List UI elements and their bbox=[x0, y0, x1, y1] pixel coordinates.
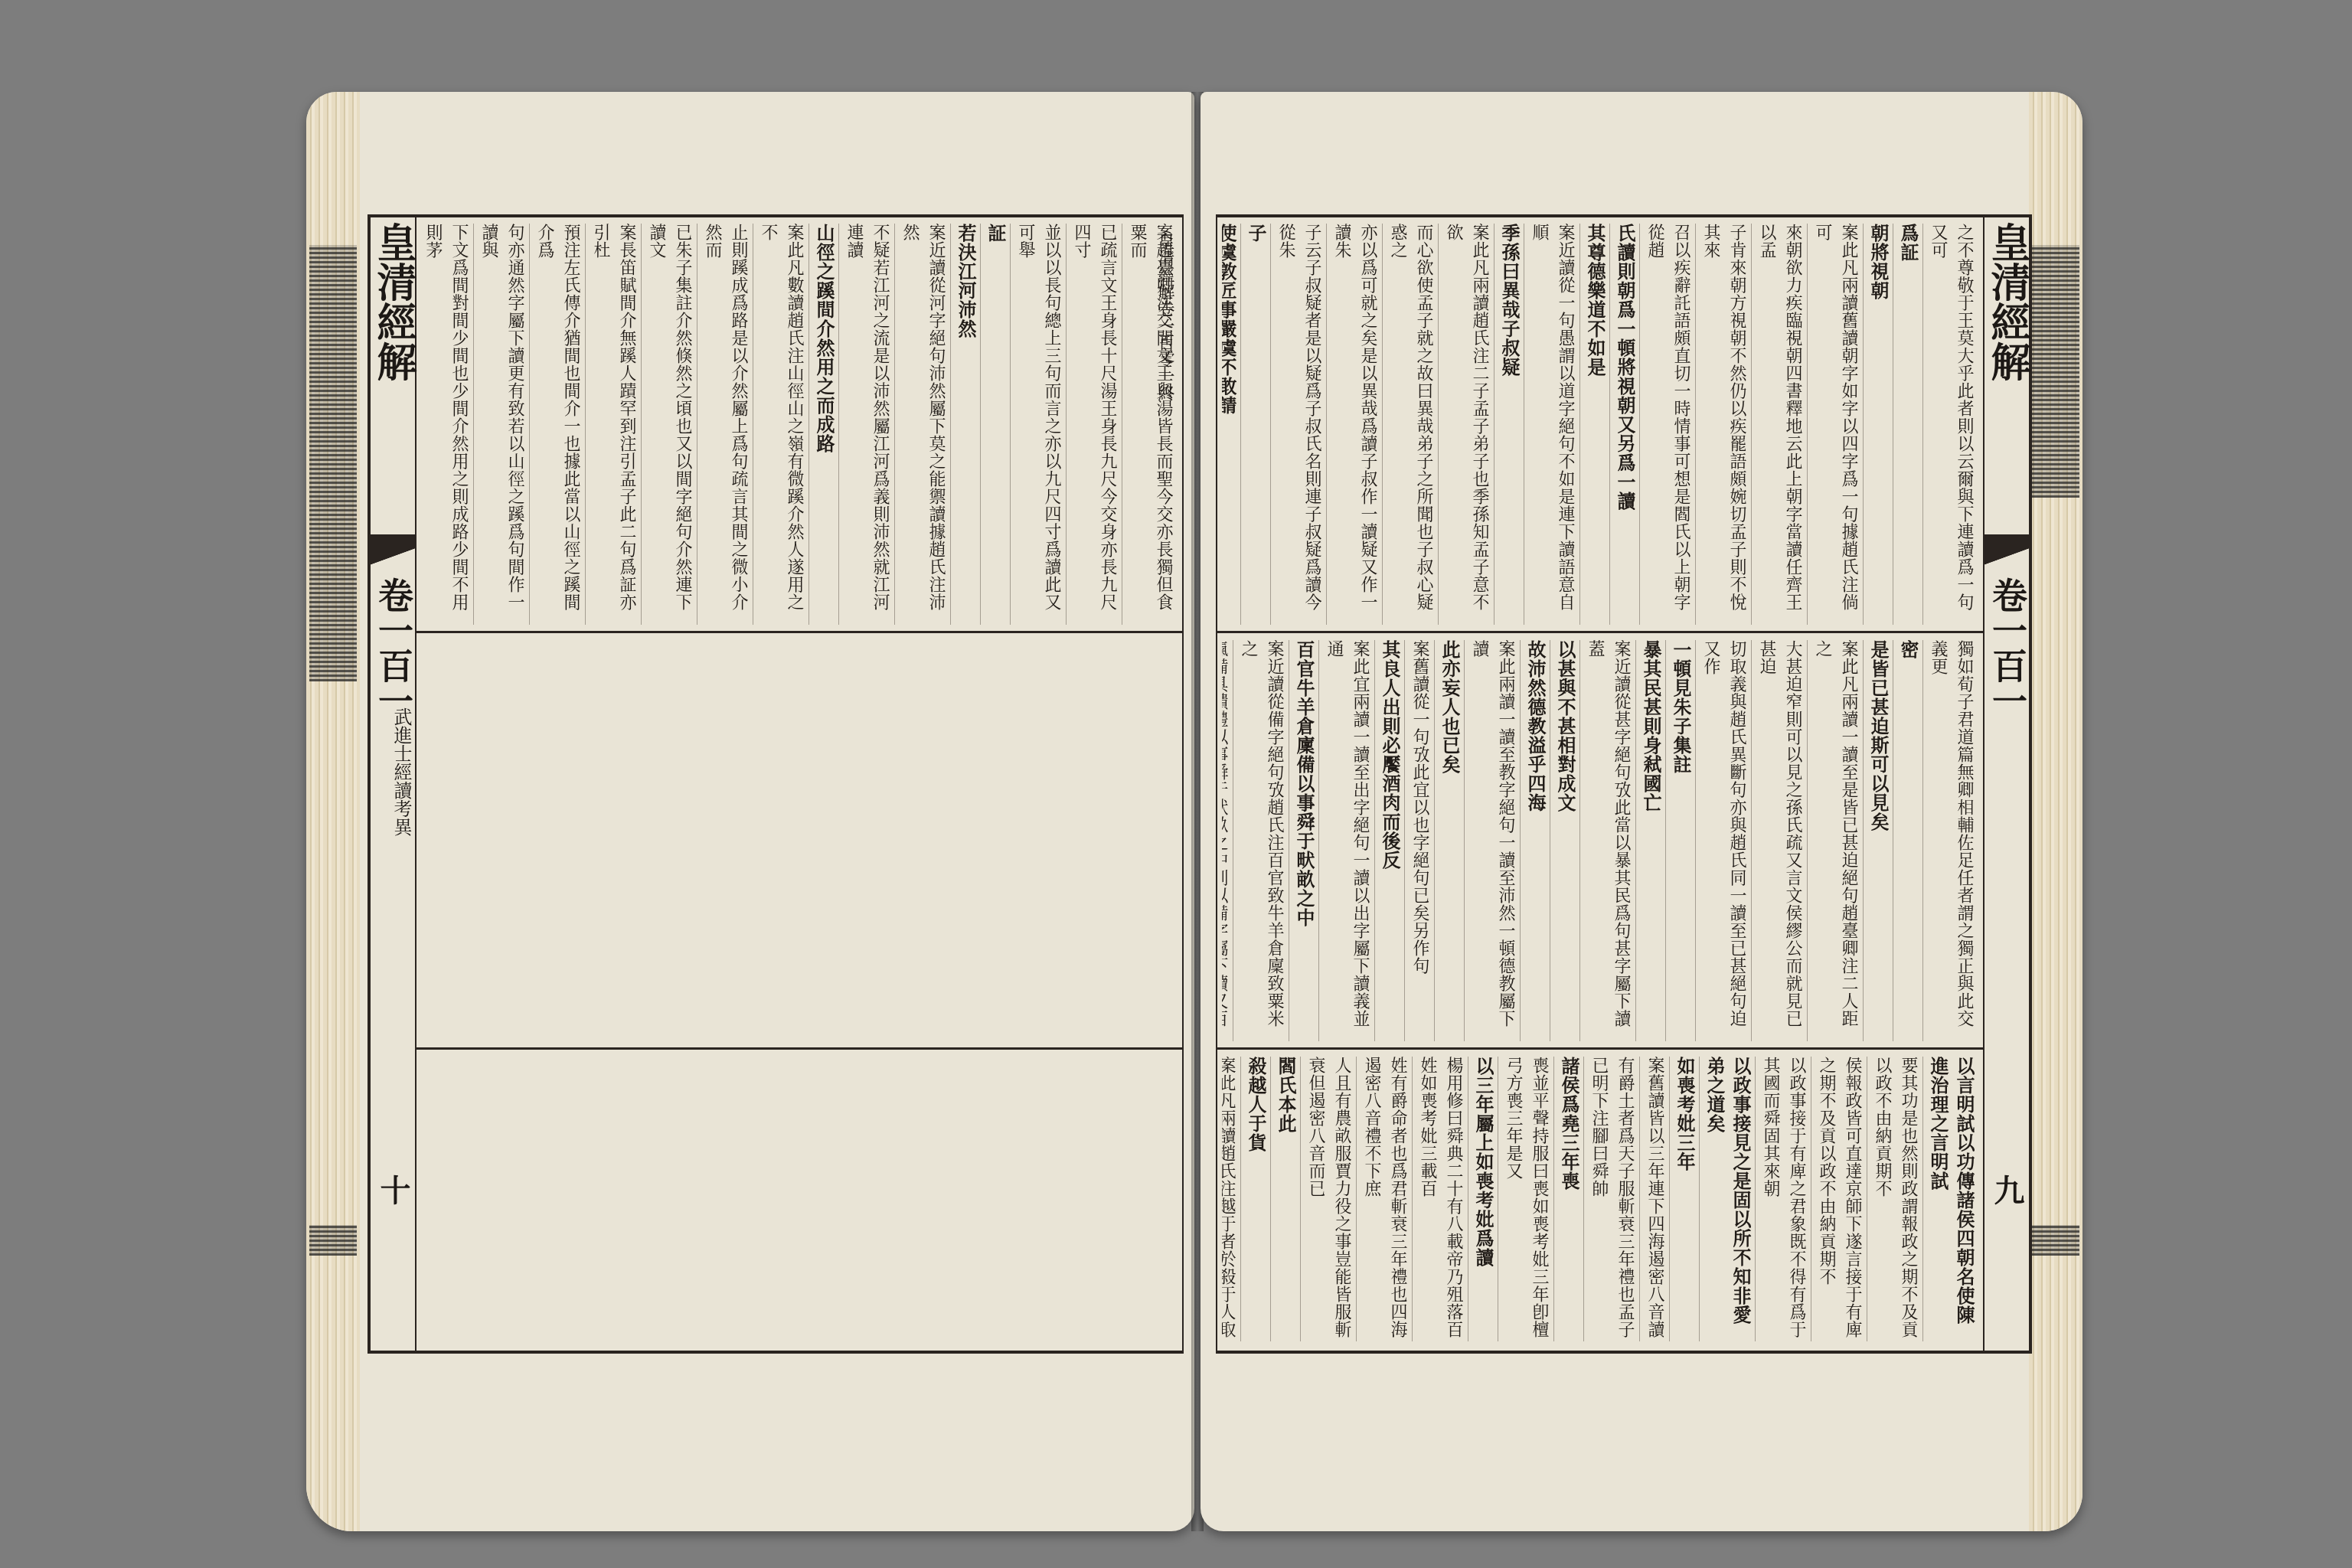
text-column: 姓有爵命者也爲君斬衰三年禮也四海遏密八音禮不下庶 bbox=[1356, 1057, 1412, 1341]
left-top-register: 案趙臺卿注交聞文王與湯皆長而聖今交亦長獨但食粟而已疏言文王身長十尺湯王身長九尺今… bbox=[416, 217, 1182, 633]
open-book: 皇清經解 卷一百一 十 武進士經讀考異 案趙臺卿注交聞文王與湯皆長而聖今交亦長獨… bbox=[306, 92, 2082, 1531]
text-column: 預注左氏傳介猶間也間介一也據此當以山徑之蹊間介爲 bbox=[529, 224, 585, 625]
text-column: 侯報政皆可直達京師下遂言接于有庳之期不及貢以政不由納貢期不 bbox=[1811, 1057, 1867, 1341]
text-column: 若決江河沛然 bbox=[950, 224, 980, 625]
text-column: 餼備具饋禮以事舜于畎畝之中則以備字屬下讀又百官牛 bbox=[1222, 640, 1233, 1041]
text-column: 句亦通然字屬下讀更有致若以山徑之蹊爲句間作一讀與 bbox=[473, 224, 529, 625]
text-column: 案長笛賦間介無蹊人蹟罕到注引孟子此二句爲証亦引杜 bbox=[585, 224, 641, 625]
text-column: 案近讀從備字絕句攷趙氏注百官致牛羊倉廩致粟米之 bbox=[1233, 640, 1289, 1041]
left-bottom-register-blank bbox=[416, 1050, 1182, 1347]
text-column: 並以以長句總上三句而言之亦以九尺四寸爲讀此又可舉 bbox=[1010, 224, 1066, 625]
right-bottom-text-columns: 以言明試以功傳諸侯四朝名使陳進治理之言明試要其功是也然則政謂報政之期不及貢以政不… bbox=[1222, 1057, 1978, 1341]
text-column: 案此兩讀一讀至教字絕句一讀至沛然一頓德教屬下讀 bbox=[1464, 640, 1520, 1041]
text-column: 已疏言文王身長十尺湯王身長九尺今交身亦長九尺四寸 bbox=[1066, 224, 1122, 625]
text-column: 以政事接見之是固以所不知非愛弟之道矣 bbox=[1699, 1057, 1755, 1341]
text-column: 獨如荀子君道篇無卿相輔佐足任者謂之獨正與此交義更 bbox=[1922, 640, 1978, 1041]
text-column: 密 bbox=[1893, 640, 1922, 1041]
text-column: 子肯來朝方視朝不然仍以疾罷語頗婉切孟子則不悅其來 bbox=[1695, 224, 1751, 625]
text-column: 案此凡數讀趙氏注山徑山之嶺有微蹊介然人遂用之不 bbox=[753, 224, 808, 625]
text-column: 以三年屬上如喪考妣爲讀 bbox=[1468, 1057, 1498, 1341]
text-column: 百官牛羊倉廩備以事舜于畎畝之中 bbox=[1289, 640, 1318, 1041]
text-column: 此亦妄人也已矣 bbox=[1434, 640, 1464, 1041]
text-column: 大甚迫窄則可以見之孫氏疏又言文侯繆公而就見已甚迫 bbox=[1751, 640, 1807, 1041]
text-column: 案近讀從一句愚謂以道字絕句不如是連下讀語意自順 bbox=[1524, 224, 1579, 625]
text-column: 案近讀從河字絕句沛然屬下莫之能禦讀據趙氏注沛然 bbox=[894, 224, 950, 625]
banxin-page-number: 十 bbox=[371, 1174, 415, 1205]
text-column: 爲証 bbox=[1893, 224, 1922, 625]
edge-pageno-bleed bbox=[309, 1225, 357, 1256]
text-column: 切取義與趙氏異斷句亦與趙氏同一讀至已甚絕句迫又作 bbox=[1695, 640, 1751, 1041]
right-bottom-register: 以言明試以功傳諸侯四朝名使陳進治理之言明試要其功是也然則政謂報政之期不及貢以政不… bbox=[1217, 1050, 1983, 1347]
left-middle-register-blank bbox=[416, 634, 1182, 1050]
text-column: 要其功是也然則政謂報政之期不及貢以政不由納貢期不 bbox=[1867, 1057, 1922, 1341]
text-column: 案此凡兩讀舊讀朝字如字以四字爲一句據趙氏注倘可 bbox=[1807, 224, 1863, 625]
text-column: 是皆已甚迫斯可以見矣 bbox=[1863, 640, 1893, 1041]
right-top-register: 之不尊敬于王莫大乎此者則以云爾與下連讀爲一句又可爲証朝將視朝案此凡兩讀舊讀朝字如… bbox=[1217, 217, 1983, 633]
text-column: 案此凡兩讀一讀至是皆已甚迫絕句趙臺卿注二人距之 bbox=[1807, 640, 1863, 1041]
text-column: 案舊讀皆以三年連下四海遏密八音讀 bbox=[1639, 1057, 1669, 1341]
text-column: 喪並平聲持服曰喪如喪考妣三年卽檀弓方喪三年是又 bbox=[1498, 1057, 1553, 1341]
banxin-subtitle: 武進士經讀考異 bbox=[374, 707, 412, 836]
text-column: 閻氏本此 bbox=[1270, 1057, 1300, 1341]
text-column: 子云子叔疑者是以疑爲子叔氏名則連子叔疑爲讀今從朱 bbox=[1270, 224, 1326, 625]
left-page: 皇清經解 卷一百一 十 武進士經讀考異 案趙臺卿注交聞文王與湯皆長而聖今交亦長獨… bbox=[306, 92, 1194, 1531]
text-column: 殺越人于貨 bbox=[1240, 1057, 1270, 1341]
text-column: 其尊德樂道不如是 bbox=[1579, 224, 1609, 625]
text-column: 暴其民甚則身弒國亡 bbox=[1635, 640, 1665, 1041]
text-column: 人且有農畝服賈力役之事豈能皆服斬衰但遏密八音而已 bbox=[1300, 1057, 1356, 1341]
text-column: 止則蹊成爲路是以介然屬上爲句疏言其間之微小介然而 bbox=[697, 224, 753, 625]
text-column: 有爵土者爲天子服斬衰三年禮也孟子已明下注腳曰舜帥 bbox=[1583, 1057, 1639, 1341]
fishtail-ornament bbox=[1984, 534, 2029, 573]
banxin-juan: 卷一百一 bbox=[1984, 577, 2029, 718]
right-page: 皇清經解 卷一百一 九 之不尊敬于王莫大乎此者則以云爾與下連讀爲一句又可爲証朝將… bbox=[1200, 92, 2082, 1531]
text-column: 山徑之蹊間介然用之而成路 bbox=[808, 224, 838, 625]
text-column: 季孫曰異哉子叔疑 bbox=[1494, 224, 1524, 625]
edge-title-bleed bbox=[2032, 245, 2079, 498]
text-column: 已朱子集註介然倏然之頃也又以間字絕句介然連下讀文 bbox=[641, 224, 697, 625]
banxin-book-title: 皇清經解 bbox=[1984, 217, 2029, 538]
text-column: 楊用修曰舜典二十有八載帝乃殂落百姓如喪考妣三載百 bbox=[1412, 1057, 1468, 1341]
text-column: 不疑若江河之流是以沛然屬江河爲義則沛然就江河連讀 bbox=[838, 224, 894, 625]
right-page-fore-edge bbox=[2029, 92, 2082, 1531]
right-middle-register: 獨如荀子君道篇無卿相輔佐足任者謂之獨正與此交義更密是皆已甚迫斯可以見矣案此凡兩讀… bbox=[1217, 634, 1983, 1050]
right-top-text-columns: 之不尊敬于王莫大乎此者則以云爾與下連讀爲一句又可爲証朝將視朝案此凡兩讀舊讀朝字如… bbox=[1222, 224, 1978, 625]
edge-pageno-bleed bbox=[2032, 1225, 2079, 1256]
text-column: 使虞敦匠事嚴虞不敢請 bbox=[1222, 224, 1240, 625]
text-column: 案此凡兩讀趙氏注二子孟子弟子也季孫知孟子意不欲 bbox=[1438, 224, 1494, 625]
colophon-end-mark: 皇清經解卷一百零一終 bbox=[1151, 233, 1178, 401]
text-column: 其良人出則必饜酒肉而後反 bbox=[1374, 640, 1404, 1041]
text-column: 案舊讀從一句攷此宜以也字絕句已矣另作句 bbox=[1404, 640, 1434, 1041]
text-column: 之不尊敬于王莫大乎此者則以云爾與下連讀爲一句又可 bbox=[1922, 224, 1978, 625]
right-middle-text-columns: 獨如荀子君道篇無卿相輔佐足任者謂之獨正與此交義更密是皆已甚迫斯可以見矣案此凡兩讀… bbox=[1222, 640, 1978, 1041]
left-page-frame: 皇清經解 卷一百一 十 武進士經讀考異 案趙臺卿注交聞文王與湯皆長而聖今交亦長獨… bbox=[367, 214, 1184, 1354]
text-column: 子 bbox=[1240, 224, 1270, 625]
fishtail-ornament bbox=[371, 534, 415, 573]
text-column: 亦以爲可就之矣是以異哉爲讀子叔作一讀疑又作一讀朱 bbox=[1326, 224, 1382, 625]
right-page-frame: 皇清經解 卷一百一 九 之不尊敬于王莫大乎此者則以云爾與下連讀爲一句又可爲証朝將… bbox=[1216, 214, 2032, 1354]
text-column: 下文爲間對間少間也少間介然用之則成路少間不用則茅 bbox=[421, 224, 473, 625]
text-column: 朝將視朝 bbox=[1863, 224, 1893, 625]
text-column: 召以疾辭託語頗直切一時情事可想是閻氏以上朝字從趙 bbox=[1639, 224, 1695, 625]
text-column: 而心欲使孟子就之故曰異哉弟子之所聞也子叔心疑惑之 bbox=[1382, 224, 1438, 625]
text-column: 案此宜兩讀一讀至出字絕句一讀以出字屬下讀義並通 bbox=[1318, 640, 1374, 1041]
text-column: 諸侯爲堯三年喪 bbox=[1553, 1057, 1583, 1341]
banxin-page-number: 九 bbox=[1984, 1174, 2029, 1205]
right-banxin: 皇清經解 卷一百一 九 bbox=[1983, 217, 2029, 1351]
text-column: 以政事接于有庳之君象既不得有爲于其國而舜固其來朝 bbox=[1755, 1057, 1811, 1341]
banxin-book-title: 皇清經解 bbox=[371, 217, 415, 538]
left-page-fore-edge bbox=[306, 92, 360, 1531]
text-column: 案此凡兩讀趙氏注越于者於殺于人取於貨則以殺越人 bbox=[1222, 1057, 1240, 1341]
text-column: 案近讀從甚字絕句攷此當以暴其民爲句甚字屬下讀蓋 bbox=[1579, 640, 1635, 1041]
text-column: 如喪考妣三年 bbox=[1669, 1057, 1699, 1341]
text-column: 氏讀則朝爲一頓將視朝又另爲一讀 bbox=[1609, 224, 1639, 625]
text-column: 一頓見朱子集註 bbox=[1665, 640, 1695, 1041]
text-column: 以甚與不甚相對成文 bbox=[1550, 640, 1579, 1041]
banxin-juan: 卷一百一 bbox=[371, 577, 415, 718]
text-column: 証 bbox=[980, 224, 1010, 625]
text-column: 故沛然德教溢乎四海 bbox=[1520, 640, 1550, 1041]
text-column: 來朝欲力疾臨視朝四書釋地云此上朝字當讀任齊王以孟 bbox=[1751, 224, 1807, 625]
left-top-text-columns: 案趙臺卿注交聞文王與湯皆長而聖今交亦長獨但食粟而已疏言文王身長十尺湯王身長九尺今… bbox=[421, 224, 1178, 625]
text-column: 以言明試以功傳諸侯四朝名使陳進治理之言明試 bbox=[1922, 1057, 1978, 1341]
edge-title-bleed bbox=[309, 245, 357, 681]
